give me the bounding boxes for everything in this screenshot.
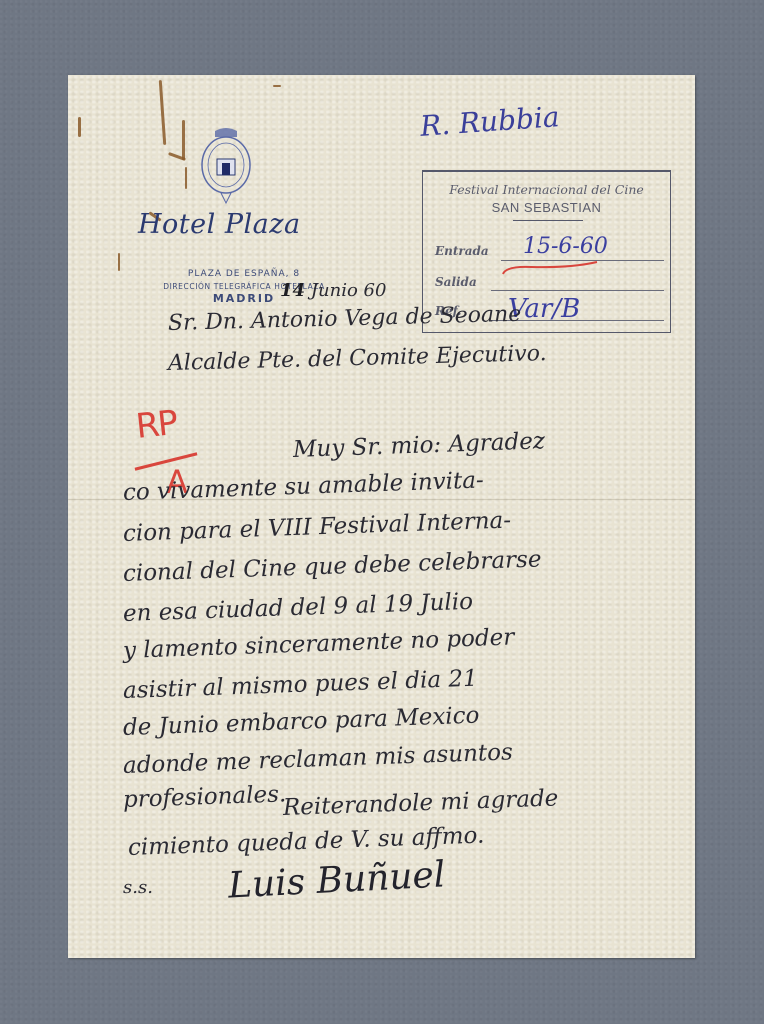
addressee-title: Alcalde Pte. del Comite Ejecutivo. xyxy=(168,341,547,376)
closing-abbrev: s.s. xyxy=(123,877,153,898)
rust-stain xyxy=(118,253,120,271)
struck-day: 14 xyxy=(280,280,305,301)
stamp-label-salida: Salida xyxy=(435,275,477,289)
body-line: de Junio embarco para Mexico xyxy=(123,703,480,741)
stamp-rule xyxy=(513,220,583,221)
body-line: Muy Sr. mio: Agradez xyxy=(293,428,546,463)
red-mark-top: RP xyxy=(134,403,178,447)
stamp-line xyxy=(491,290,664,291)
letter-paper: Hotel Plaza PLAZA DE ESPAÑA, 8 DIRECCIÓN… xyxy=(68,75,695,958)
rust-stain xyxy=(185,167,187,189)
rust-stain xyxy=(159,80,167,145)
rust-stain xyxy=(78,117,81,137)
rust-stain xyxy=(273,85,281,87)
stamp-label-entrada: Entrada xyxy=(435,244,489,258)
date-text: Junio 60 xyxy=(311,280,387,301)
hotel-crest-icon xyxy=(195,125,257,207)
letter-date: 14 Junio 60 xyxy=(280,280,386,301)
hotel-address: PLAZA DE ESPAÑA, 8 xyxy=(134,269,354,279)
stamp-value-entrada: 15-6-60 xyxy=(523,234,608,259)
body-line: en esa ciudad del 9 al 19 Julio xyxy=(123,589,474,627)
received-by-annotation: R. Rubbia xyxy=(419,100,560,143)
body-line: adonde me reclaman mis asuntos xyxy=(123,739,514,779)
rust-stain xyxy=(182,120,185,160)
signature: Luis Buñuel xyxy=(227,854,446,906)
body-line: asistir al mismo pues el dia 21 xyxy=(123,666,479,704)
stamp-title: Festival Internacional del Cine xyxy=(423,182,670,197)
hotel-name: Hotel Plaza xyxy=(138,209,328,240)
body-line: cional del Cine que debe celebrarse xyxy=(123,546,542,587)
red-underline xyxy=(501,260,601,276)
stamp-city: SAN SEBASTIAN xyxy=(423,200,670,215)
body-line: y lamento sinceramente no poder xyxy=(123,624,515,664)
body-line: Reiterandole mi agrade xyxy=(283,785,559,821)
body-line: profesionales. xyxy=(123,781,287,813)
